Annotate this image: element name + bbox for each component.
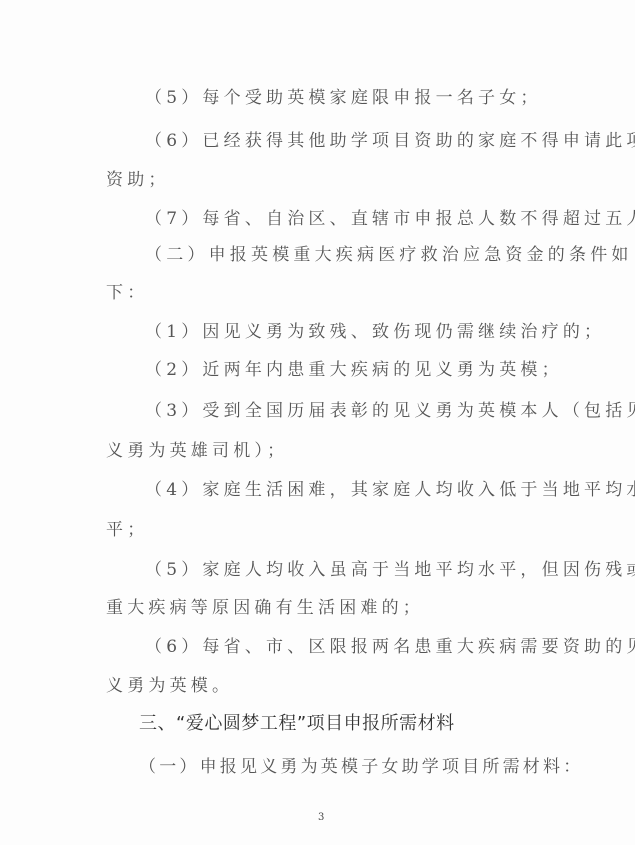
- paragraph-line: （6）已经获得其他助学项目资助的家庭不得申请此项: [145, 131, 635, 151]
- paragraph-line: （5）家庭人均收入虽高于当地平均水平，但因伤残或: [145, 560, 635, 580]
- paragraph-line: （5）每个受助英模家庭限申报一名子女；: [145, 88, 542, 108]
- paragraph-line: （3）受到全国历届表彰的见义勇为英模本人（包括见: [145, 401, 635, 421]
- paragraph-line: 下：: [106, 283, 148, 303]
- page-number: 3: [318, 812, 324, 823]
- paragraph-line: （4）家庭生活困难，其家庭人均收入低于当地平均水: [145, 480, 635, 500]
- paragraph-line: （二）申报英模重大疾病医疗救治应急资金的条件如: [145, 245, 633, 265]
- subsection-heading: （一）申报见义勇为英模子女助学项目所需材料：: [139, 757, 583, 777]
- paragraph-line: （2）近两年内患重大疾病的见义勇为英模；: [145, 360, 563, 380]
- paragraph-line: 义勇为英雄司机）；: [106, 441, 288, 461]
- paragraph-line: 平；: [106, 520, 148, 540]
- section-heading: 三、“爱心圆梦工程”项目申报所需材料: [139, 714, 455, 734]
- paragraph-line: （1）因见义勇为致残、致伤现仍需继续治疗的；: [145, 322, 605, 342]
- paragraph-line: 义勇为英模。: [106, 676, 233, 696]
- paragraph-line: （6）每省、市、区限报两名患重大疾病需要资助的见: [145, 637, 635, 657]
- paragraph-line: （7）每省、自治区、直辖市申报总人数不得超过五人。: [145, 209, 635, 229]
- paragraph-line: 资助；: [106, 170, 170, 190]
- paragraph-line: 重大疾病等原因确有生活困难的；: [106, 598, 424, 618]
